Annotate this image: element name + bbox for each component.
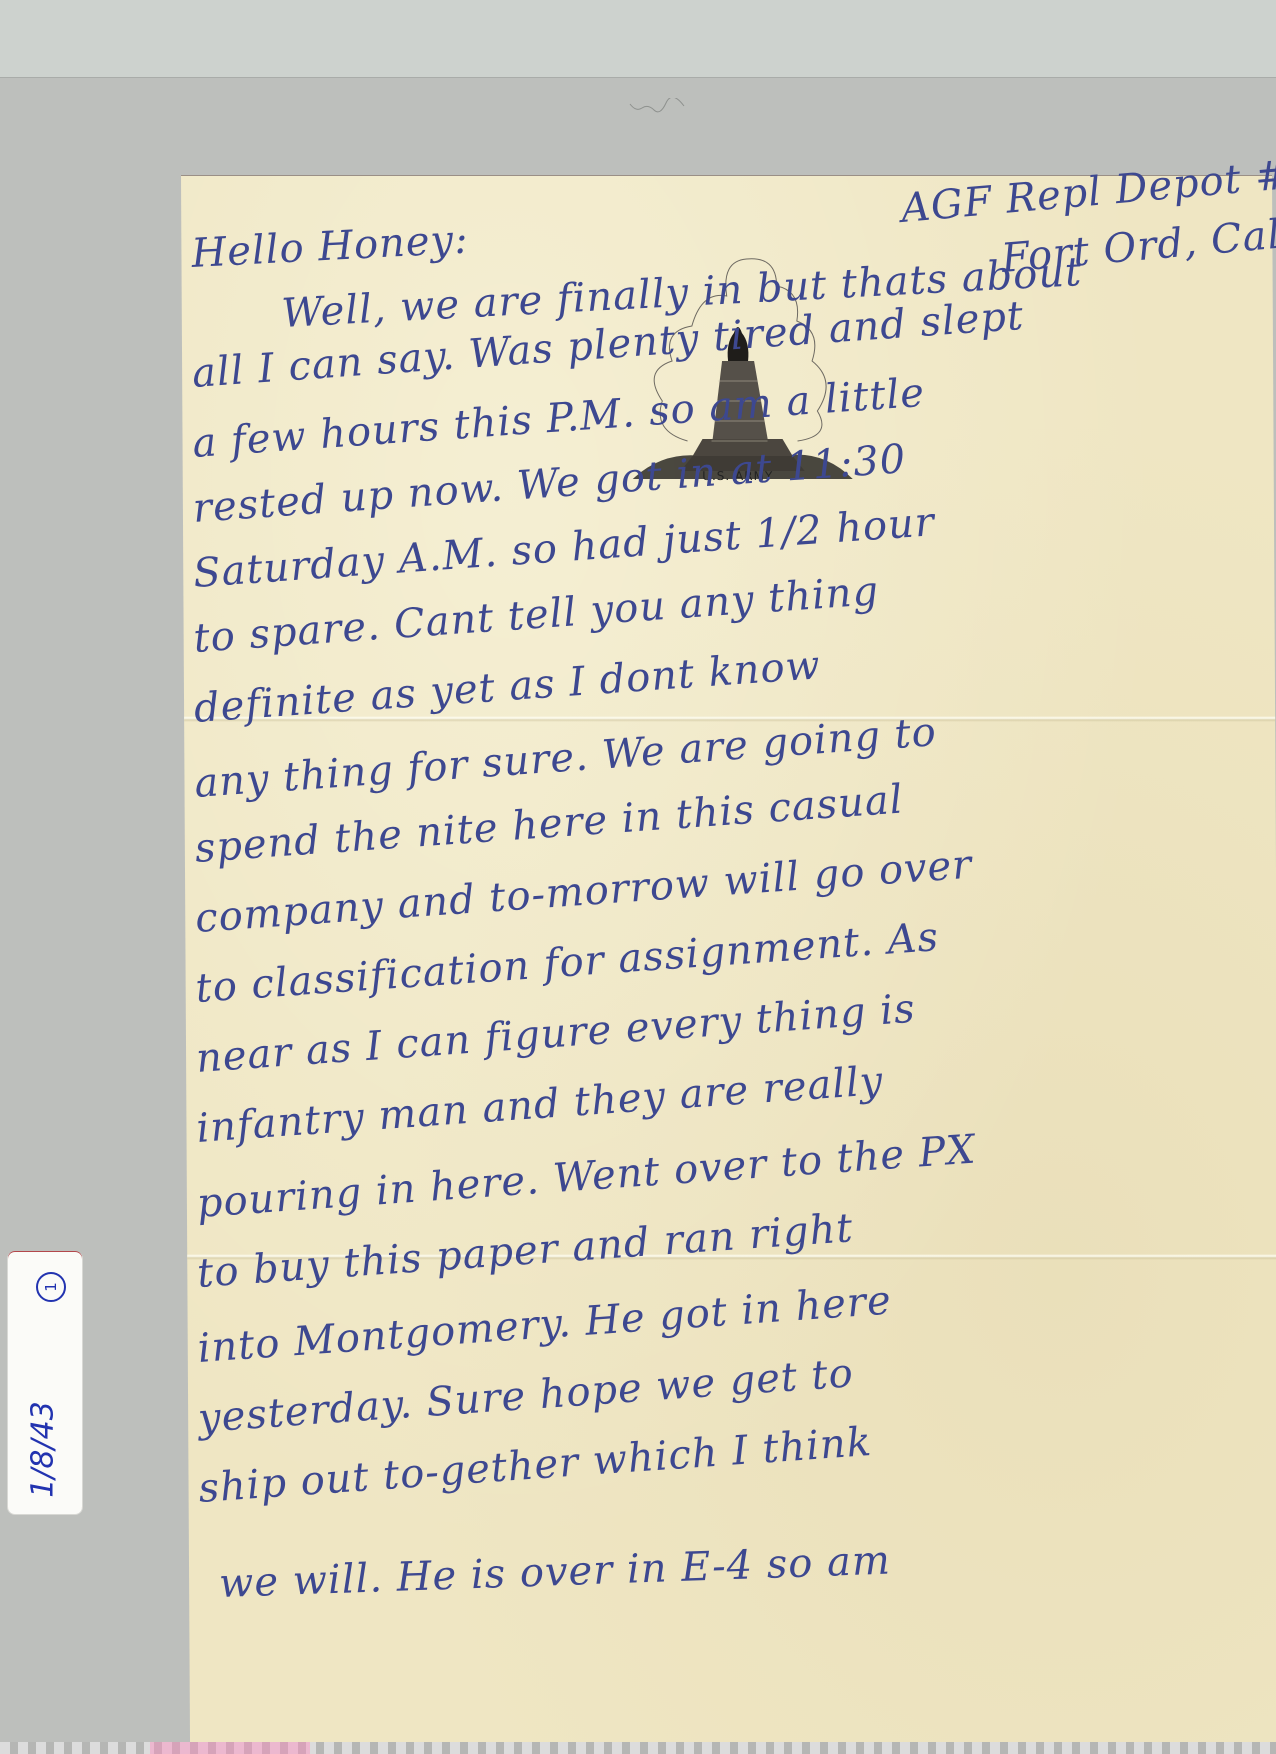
archive-label-tag: 1 1/8/43 [8,1252,82,1514]
salutation: Hello Honey: [190,217,470,277]
sleeve-perforated-edge [0,1742,1276,1754]
label-number: 1 [36,1272,66,1302]
sleeve-top-band [0,0,1276,78]
letter-line: we will. He is over in E-4 so am [218,1538,891,1607]
label-date: 1/8/43 [26,1395,61,1505]
scratch-mark [628,98,688,116]
letter-page: U.S. ARMY AGF Repl Depot #2 Fort Ord, Ca… [181,175,1276,1743]
